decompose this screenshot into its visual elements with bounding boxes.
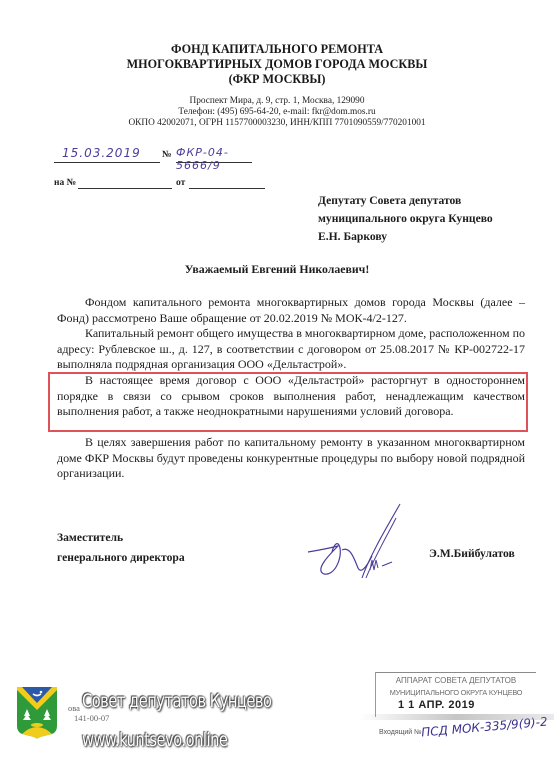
stamp-line-1: АППАРАТ СОВЕТА ДЕПУТАТОВ bbox=[376, 676, 536, 685]
stamp-date: 1 1 АПР. 2019 bbox=[398, 699, 475, 711]
date-field: 15.03.2019 bbox=[54, 146, 160, 163]
signatory-title: Заместитель генерального директора bbox=[57, 528, 185, 568]
salutation: Уважаемый Евгений Николаевич! bbox=[0, 262, 554, 277]
reply-to-label: на № bbox=[54, 178, 76, 188]
org-name-line-1: ФОНД КАПИТАЛЬНОГО РЕМОНТА bbox=[0, 42, 554, 57]
reply-from-label: от bbox=[176, 178, 185, 188]
kuntsevo-coat-of-arms-icon bbox=[16, 686, 58, 740]
addressee-block: Депутату Совета депутатов муниципального… bbox=[318, 192, 493, 246]
signatory-name: Э.М.Бийбулатов bbox=[429, 547, 515, 560]
highlight-frame bbox=[48, 372, 528, 432]
date-handwritten: 15.03.2019 bbox=[62, 146, 141, 160]
org-name-line-2: МНОГОКВАРТИРНЫХ ДОМОВ ГОРОДА МОСКВЫ bbox=[0, 57, 554, 72]
reply-date-field bbox=[189, 188, 265, 189]
number-field: ФКР-04-5666/9 bbox=[176, 146, 252, 163]
executor-name-fragment: ова bbox=[68, 703, 80, 713]
watermark-org-name: Совет депутатов Кунцево bbox=[82, 690, 272, 712]
number-label: № bbox=[162, 150, 172, 160]
stamp-scan-shadow bbox=[360, 714, 554, 720]
stamp-line-2: МУНИЦИПАЛЬНОГО ОКРУГА КУНЦЕВО bbox=[376, 688, 536, 697]
addressee-line-2: муниципального округа Кунцево bbox=[318, 210, 493, 228]
org-registry: ОКПО 42002071, ОГРН 1157700003230, ИНН/К… bbox=[0, 117, 554, 129]
addressee-line-3: Е.Н. Баркову bbox=[318, 228, 493, 246]
watermark-site-link[interactable]: www.kuntsevo.online bbox=[82, 729, 227, 751]
reply-number-field bbox=[78, 188, 172, 189]
signatory-title-line-2: генерального директора bbox=[57, 548, 185, 568]
paragraph-4: В целях завершения работ по капитальному… bbox=[57, 435, 525, 482]
number-handwritten: ФКР-04-5666/9 bbox=[176, 146, 252, 172]
executor-phone-fragment: 141-00-07 bbox=[74, 713, 109, 723]
stamp-incoming-label: Входящий № bbox=[379, 729, 422, 736]
signature-handwritten-icon bbox=[300, 500, 420, 580]
paragraph-2: Капитальный ремонт общего имущества в мн… bbox=[57, 326, 525, 373]
org-name-line-3: (ФКР МОСКВЫ) bbox=[0, 72, 554, 87]
addressee-line-1: Депутату Совета депутатов bbox=[318, 192, 493, 210]
signatory-title-line-1: Заместитель bbox=[57, 528, 185, 548]
incoming-stamp: АППАРАТ СОВЕТА ДЕПУТАТОВ МУНИЦИПАЛЬНОГО … bbox=[375, 672, 536, 717]
paragraph-1: Фондом капитального ремонта многоквартир… bbox=[57, 295, 525, 326]
